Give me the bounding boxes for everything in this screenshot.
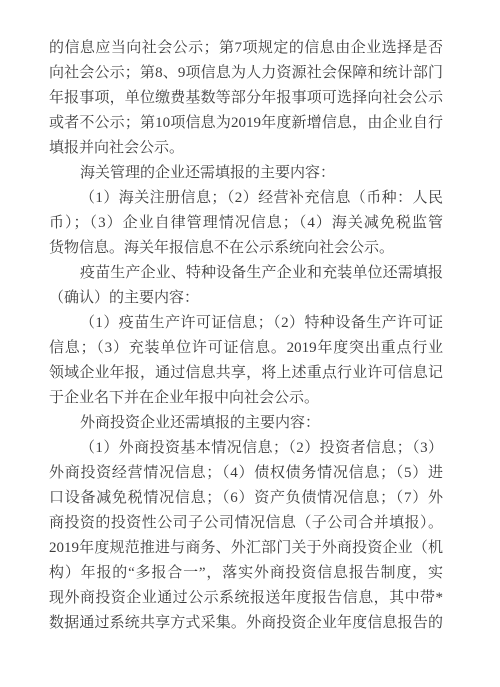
text-line: 向社会公示；第8、9项信息为人力资源社会保障和统计部门 <box>49 61 443 86</box>
text-line: （1）外商投资基本情况信息；（2）投资者信息；（3） <box>49 436 443 461</box>
text-line: 信息；（3）充装单位许可证信息。2019年度突出重点行业 <box>49 336 443 361</box>
text-line: （1）海关注册信息；（2）经营补充信息（币种：人民 <box>49 186 443 211</box>
text-line: （确认）的主要内容： <box>49 286 443 311</box>
text-line: 外商投资企业还需填报的主要内容： <box>49 411 443 436</box>
text-line: （1）疫苗生产许可证信息；（2）特种设备生产许可证 <box>49 311 443 336</box>
text-line: 构）年报的“多报合一”，落实外商投资信息报告制度，实 <box>49 561 443 586</box>
text-line: 疫苗生产企业、特种设备生产企业和充装单位还需填报 <box>49 261 443 286</box>
text-line: 现外商投资企业通过公示系统报送年度报告信息，其中带* <box>49 586 443 611</box>
text-line: 海关管理的企业还需填报的主要内容： <box>49 161 443 186</box>
text-line: 币）；（3）企业自律管理情况信息；（4）海关减免税监管 <box>49 211 443 236</box>
text-line: 货物信息。海关年报信息不在公示系统向社会公示。 <box>49 236 443 261</box>
text-line: 外商投资经营情况信息；（4）债权债务情况信息；（5）进 <box>49 461 443 486</box>
text-line: 于企业名下并在企业年报中向社会公示。 <box>49 386 443 411</box>
text-line: 的信息应当向社会公示；第7项规定的信息由企业选择是否 <box>49 36 443 61</box>
text-line: 数据通过系统共享方式采集。外商投资企业年度信息报告的 <box>49 611 443 636</box>
text-line: 填报并向社会公示。 <box>49 136 443 161</box>
text-line: 年报事项，单位缴费基数等部分年报事项可选择向社会公示 <box>49 86 443 111</box>
document-page: 的信息应当向社会公示；第7项规定的信息由企业选择是否向社会公示；第8、9项信息为… <box>0 0 500 687</box>
text-line: 商投资的投资性公司子公司情况信息（子公司合并填报）。 <box>49 511 443 536</box>
text-line: 2019年度规范推进与商务、外汇部门关于外商投资企业（机 <box>49 536 443 561</box>
text-line: 或者不公示；第10项信息为2019年度新增信息，由企业自行 <box>49 111 443 136</box>
text-block: 的信息应当向社会公示；第7项规定的信息由企业选择是否向社会公示；第8、9项信息为… <box>49 36 443 636</box>
text-line: 口设备减免税情况信息；（6）资产负债情况信息；（7）外 <box>49 486 443 511</box>
text-line: 领域企业年报，通过信息共享，将上述重点行业许可信息记 <box>49 361 443 386</box>
